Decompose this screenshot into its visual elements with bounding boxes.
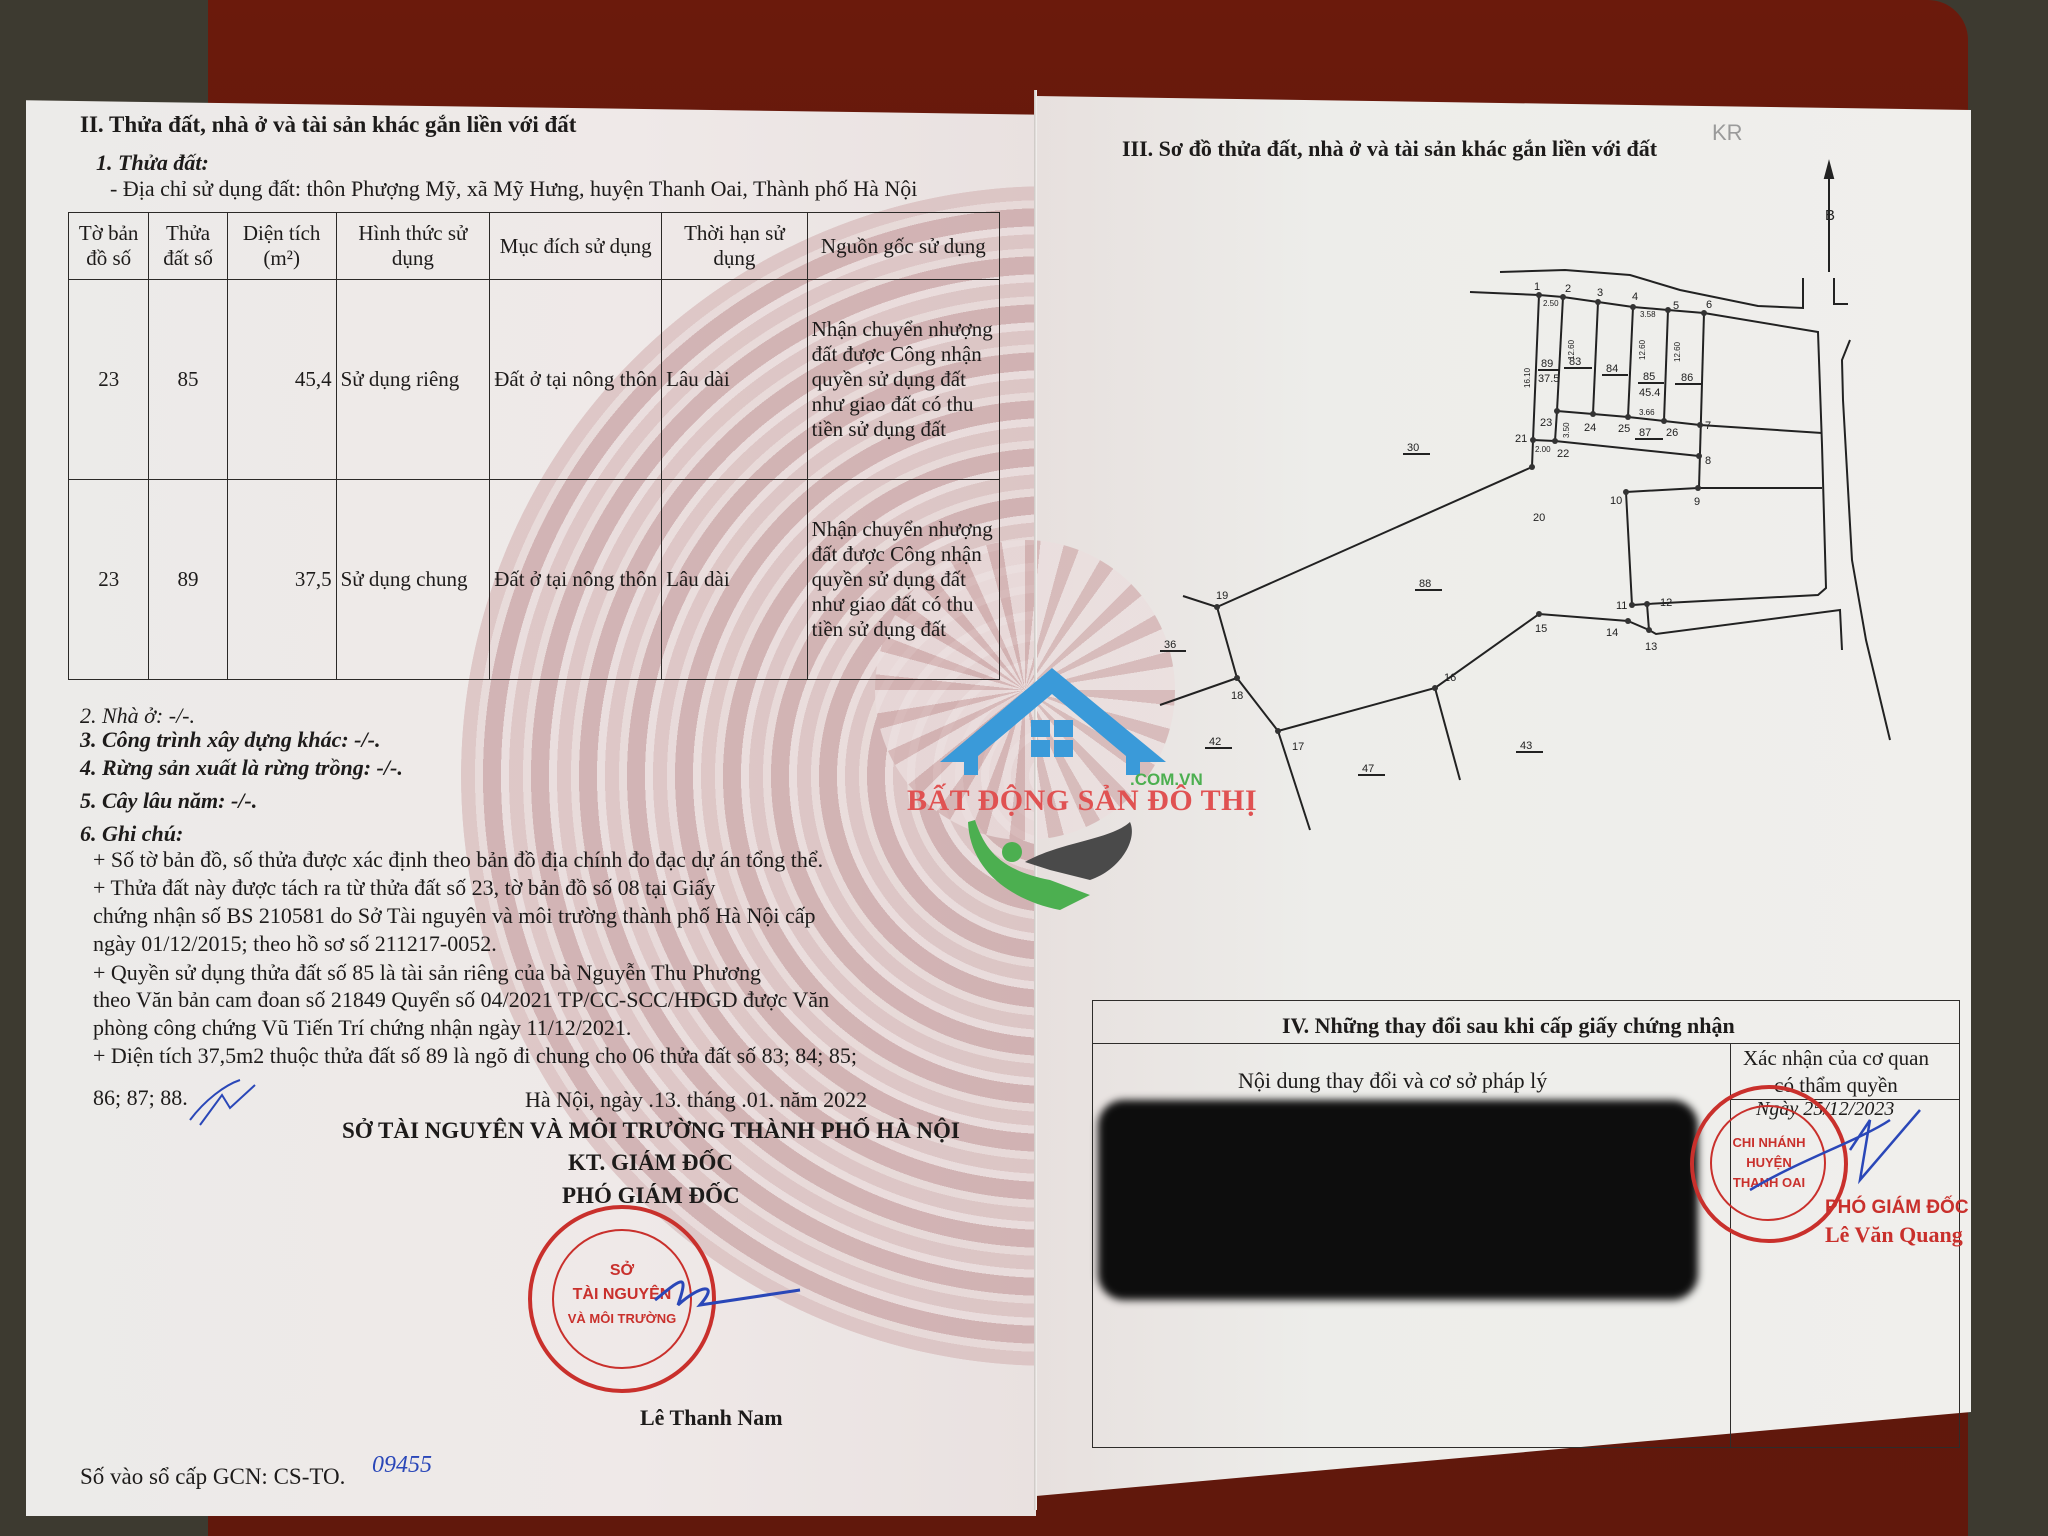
col-map-sheet: Tờ bản đồ số [69, 213, 149, 280]
stamp-inner-text: SỞ TÀI NGUYÊN VÀ MÔI TRƯỜNG [532, 1259, 712, 1331]
cell-use-form: Sử dụng riêng [336, 280, 490, 480]
note-line: + Số tờ bản đồ, số thửa được xác định th… [93, 847, 823, 873]
col-plot-number: Thửa đất số [149, 213, 227, 280]
signer-title: PHÓ GIÁM ĐỐC [562, 1183, 740, 1209]
col-use-form: Hình thức sử dụng [336, 213, 490, 280]
registry-number-label: Số vào sổ cấp GCN: CS-TO. [80, 1464, 345, 1490]
section-iii-title: III. Sơ đồ thửa đất, nhà ở và tài sản kh… [1122, 136, 1657, 162]
branch-signer-title: PHÓ GIÁM ĐỐC [1825, 1195, 1969, 1221]
branch-signer-name: Lê Văn Quang [1825, 1222, 1963, 1248]
item-perennial-trees: 5. Cây lâu năm: -/-. [80, 788, 257, 814]
item-other-construction: 3. Công trình xây dựng khác: -/-. [80, 727, 380, 753]
cell-map-sheet: 23 [69, 280, 149, 480]
section-iv-title: IV. Những thay đổi sau khi cấp giấy chứn… [1282, 1013, 1735, 1039]
cell-map-sheet: 23 [69, 480, 149, 680]
issuing-agency: SỞ TÀI NGUYÊN VÀ MÔI TRƯỜNG THÀNH PHỐ HÀ… [342, 1118, 960, 1144]
cell-use-form: Sử dụng chung [336, 480, 490, 680]
table-row: 23 85 45,4 Sử dụng riêng Đất ở tại nông … [69, 280, 1000, 480]
cell-area: 37,5 [227, 480, 336, 680]
subsection-land-plot: 1. Thửa đất: [96, 150, 209, 176]
land-plot-table: Tờ bản đồ số Thửa đất số Diện tích (m²) … [68, 212, 1000, 680]
cell-use-purpose: Đất ở tại nông thôn [490, 280, 662, 480]
note-line: + Thửa đất này được tách ra từ thửa đất … [93, 875, 715, 901]
table-row: 23 89 37,5 Sử dụng chung Đất ở tại nông … [69, 480, 1000, 680]
note-line: + Quyền sử dụng thửa đất số 85 là tài sả… [93, 960, 761, 986]
official-stamp-department: SỞ TÀI NGUYÊN VÀ MÔI TRƯỜNG [528, 1205, 716, 1393]
cell-plot-number: 85 [149, 280, 227, 480]
col-area: Diện tích (m²) [227, 213, 336, 280]
signer-name: Lê Thanh Nam [640, 1405, 783, 1431]
cell-use-purpose: Đất ở tại nông thôn [490, 480, 662, 680]
handwritten-mark: KR [1712, 120, 1743, 146]
item-notes-heading: 6. Ghi chú: [80, 821, 183, 847]
col-use-term: Thời hạn sử dụng [662, 213, 808, 280]
note-line: 86; 87; 88. [93, 1085, 188, 1111]
stamp-branch-text: CHI NHÁNH HUYỆN THANH OAI [1694, 1133, 1844, 1193]
cell-use-term: Lâu dài [662, 280, 808, 480]
col-origin: Nguồn gốc sử dụng [807, 213, 999, 280]
redacted-change-content [1098, 1100, 1698, 1300]
col-change-content: Nội dung thay đổi và cơ sở pháp lý [1238, 1068, 1547, 1094]
cell-area: 45,4 [227, 280, 336, 480]
issue-date: Hà Nội, ngày .13. tháng .01. năm 2022 [525, 1087, 867, 1113]
table-header-row: Tờ bản đồ số Thửa đất số Diện tích (m²) … [69, 213, 1000, 280]
note-line: chứng nhận số BS 210581 do Sở Tài nguyên… [93, 903, 816, 929]
note-line: phòng công chứng Vũ Tiến Trí chứng nhận … [93, 1015, 631, 1041]
land-address: - Địa chỉ sử dụng đất: thôn Phượng Mỹ, x… [110, 176, 917, 202]
cell-origin: Nhận chuyển nhượng đất được Công nhận qu… [807, 280, 999, 480]
item-production-forest: 4. Rừng sản xuất là rừng trồng: -/-. [80, 755, 403, 781]
col-use-purpose: Mục đích sử dụng [490, 213, 662, 280]
cell-origin: Nhận chuyển nhượng đất được Công nhận qu… [807, 480, 999, 680]
note-line: + Diện tích 37,5m2 thuộc thửa đất số 89 … [93, 1043, 857, 1069]
section-ii-title: II. Thửa đất, nhà ở và tài sản khác gắn … [80, 112, 576, 138]
registry-number-handwritten: 09455 [372, 1452, 432, 1478]
on-behalf-of: KT. GIÁM ĐỐC [568, 1150, 733, 1176]
note-line: theo Văn bản cam đoan số 21849 Quyển số … [93, 987, 829, 1013]
note-line: ngày 01/12/2015; theo hồ sơ số 211217-00… [93, 931, 497, 957]
item-house: 2. Nhà ở: -/-. [80, 703, 195, 729]
brand-name: BẤT ĐỘNG SẢN ĐÔ THỊ [907, 784, 1257, 818]
cell-plot-number: 89 [149, 480, 227, 680]
cell-use-term: Lâu dài [662, 480, 808, 680]
